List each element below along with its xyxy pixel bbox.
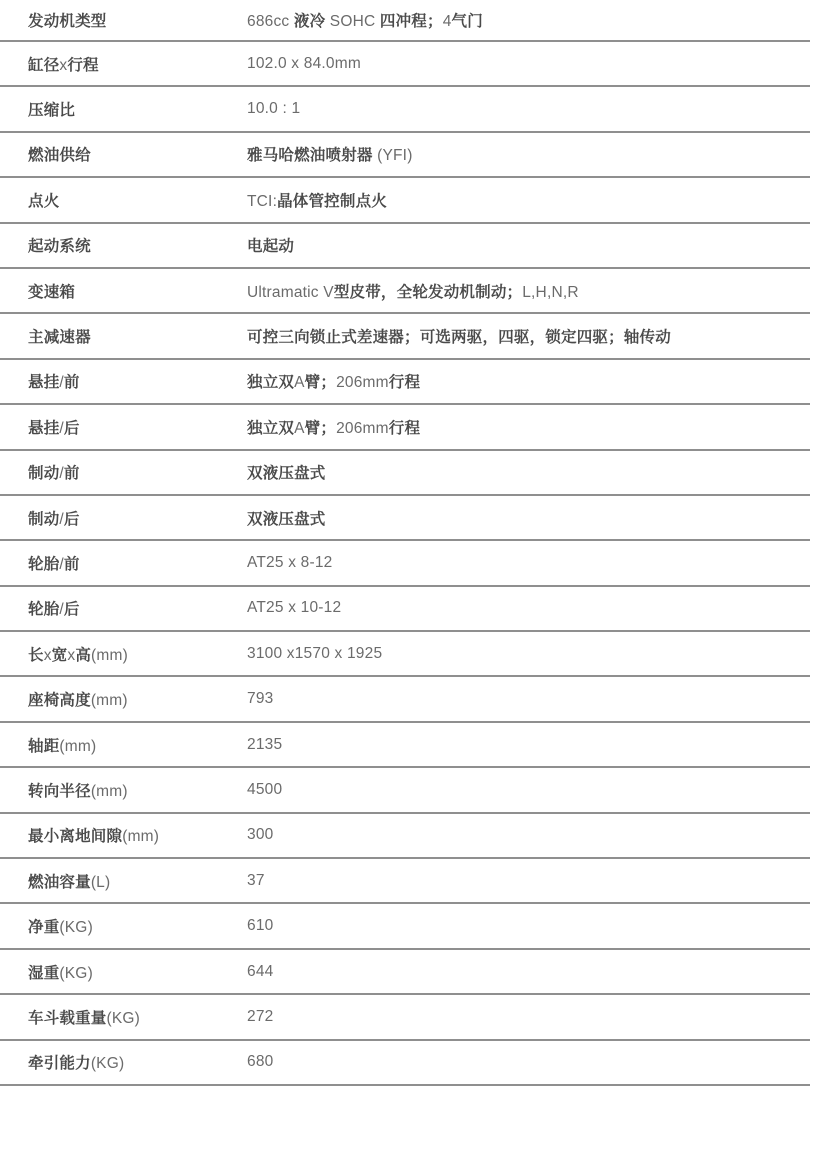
- spec-label: 牵引能力(KG): [0, 1051, 247, 1073]
- spec-row: 燃油供给 雅马哈燃油喷射器 (YFI): [0, 133, 810, 178]
- spec-label: 湿重(KG): [0, 961, 247, 983]
- spec-label: 轮胎/前: [0, 552, 247, 574]
- spec-value: 4500: [247, 781, 810, 799]
- spec-value: TCI:晶体管控制点火: [247, 189, 810, 211]
- spec-row: 燃油容量(L) 37: [0, 859, 810, 904]
- spec-value: 3100 x1570 x 1925: [247, 645, 810, 663]
- spec-value: 可控三向锁止式差速器；可选两驱，四驱，锁定四驱；轴传动: [247, 325, 810, 347]
- spec-label: 变速箱: [0, 280, 247, 302]
- spec-row: 净重(KG) 610: [0, 904, 810, 949]
- spec-value: Ultramatic V型皮带，全轮发动机制动；L,H,N,R: [247, 280, 810, 302]
- spec-page: 发动机类型 686cc 液冷 SOHC 四冲程；4气门 缸径x行程 102.0 …: [0, 0, 815, 1160]
- spec-label: 车斗载重量(KG): [0, 1006, 247, 1028]
- spec-row: 轴距(mm) 2135: [0, 723, 810, 768]
- spec-label: 点火: [0, 189, 247, 211]
- spec-row: 最小离地间隙(mm) 300: [0, 814, 810, 859]
- spec-value: 雅马哈燃油喷射器 (YFI): [247, 143, 810, 165]
- spec-row: 长x宽x高(mm) 3100 x1570 x 1925: [0, 632, 810, 677]
- spec-value: 双液压盘式: [247, 461, 810, 483]
- spec-value: 686cc 液冷 SOHC 四冲程；4气门: [247, 9, 810, 31]
- spec-row: 制动/前 双液压盘式: [0, 451, 810, 496]
- spec-row: 起动系统 电起动: [0, 224, 810, 269]
- spec-value: 10.0 : 1: [247, 100, 810, 118]
- spec-row: 转向半径(mm) 4500: [0, 768, 810, 813]
- spec-label: 燃油容量(L): [0, 870, 247, 892]
- spec-row: 牵引能力(KG) 680: [0, 1041, 810, 1086]
- spec-label: 制动/后: [0, 507, 247, 529]
- spec-row: 悬挂/后 独立双A臂；206mm行程: [0, 405, 810, 450]
- spec-value: 644: [247, 963, 810, 981]
- spec-value: 102.0 x 84.0mm: [247, 55, 810, 73]
- spec-row: 轮胎/前 AT25 x 8-12: [0, 541, 810, 586]
- spec-value: 独立双A臂；206mm行程: [247, 370, 810, 392]
- spec-value: 独立双A臂；206mm行程: [247, 416, 810, 438]
- spec-label: 悬挂/前: [0, 370, 247, 392]
- spec-value: AT25 x 8-12: [247, 554, 810, 572]
- spec-value: 272: [247, 1008, 810, 1026]
- spec-row: 点火 TCI:晶体管控制点火: [0, 178, 810, 223]
- spec-value: 电起动: [247, 234, 810, 256]
- spec-row: 变速箱 Ultramatic V型皮带，全轮发动机制动；L,H,N,R: [0, 269, 810, 314]
- spec-label: 主减速器: [0, 325, 247, 347]
- spec-value: 双液压盘式: [247, 507, 810, 529]
- spec-row: 湿重(KG) 644: [0, 950, 810, 995]
- spec-row: 轮胎/后 AT25 x 10-12: [0, 587, 810, 632]
- spec-value: 680: [247, 1053, 810, 1071]
- spec-value: 793: [247, 690, 810, 708]
- spec-row: 压缩比 10.0 : 1: [0, 87, 810, 132]
- spec-row: 悬挂/前 独立双A臂；206mm行程: [0, 360, 810, 405]
- spec-value: 300: [247, 826, 810, 844]
- spec-label: 发动机类型: [0, 9, 247, 31]
- spec-row: 制动/后 双液压盘式: [0, 496, 810, 541]
- spec-label: 轴距(mm): [0, 734, 247, 756]
- spec-label: 转向半径(mm): [0, 779, 247, 801]
- spec-value: AT25 x 10-12: [247, 599, 810, 617]
- spec-value: 37: [247, 872, 810, 890]
- spec-row: 车斗载重量(KG) 272: [0, 995, 810, 1040]
- spec-label: 起动系统: [0, 234, 247, 256]
- spec-label: 最小离地间隙(mm): [0, 824, 247, 846]
- spec-label: 缸径x行程: [0, 53, 247, 75]
- spec-row: 缸径x行程 102.0 x 84.0mm: [0, 42, 810, 87]
- spec-value: 2135: [247, 736, 810, 754]
- spec-row: 座椅高度(mm) 793: [0, 677, 810, 722]
- spec-label: 制动/前: [0, 461, 247, 483]
- spec-label: 长x宽x高(mm): [0, 643, 247, 665]
- spec-label: 座椅高度(mm): [0, 688, 247, 710]
- spec-label: 压缩比: [0, 98, 247, 120]
- spec-label: 燃油供给: [0, 143, 247, 165]
- spec-label: 轮胎/后: [0, 597, 247, 619]
- spec-row: 主减速器 可控三向锁止式差速器；可选两驱，四驱，锁定四驱；轴传动: [0, 314, 810, 359]
- spec-label: 悬挂/后: [0, 416, 247, 438]
- spec-value: 610: [247, 917, 810, 935]
- spec-table: 发动机类型 686cc 液冷 SOHC 四冲程；4气门 缸径x行程 102.0 …: [0, 0, 810, 1086]
- spec-label: 净重(KG): [0, 915, 247, 937]
- spec-row: 发动机类型 686cc 液冷 SOHC 四冲程；4气门: [0, 0, 810, 42]
